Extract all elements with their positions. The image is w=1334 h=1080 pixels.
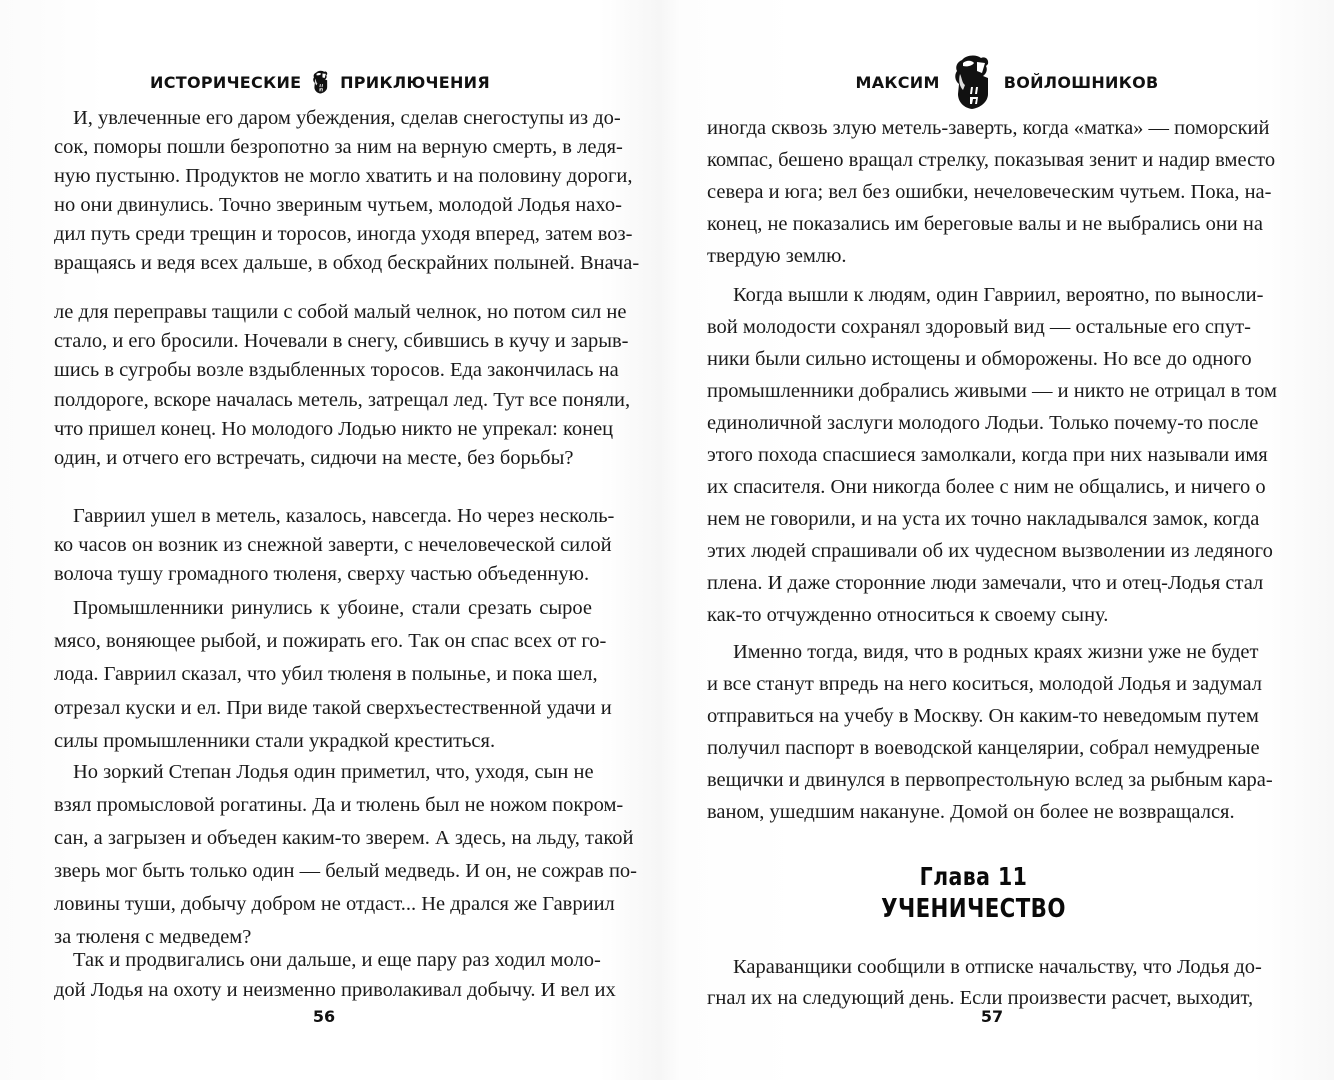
text-line: волоча тушу громадного тюленя, сверху ча…: [54, 562, 592, 586]
text-line: конец, не показались им береговые валы и…: [707, 212, 1245, 236]
text-line: ле для переправы тащили с собой малый че…: [54, 300, 592, 324]
running-head-right-word: ВОЙЛОШНИКОВ: [1004, 73, 1159, 92]
page-number: 56: [304, 1007, 344, 1026]
running-head-left-word: МАКСИМ: [855, 73, 939, 92]
text-line: Так и продвигались они дальше, и еще пар…: [73, 948, 592, 972]
running-head-left-word: ИСТОРИЧЕСКИЕ: [150, 73, 301, 92]
text-line: Караванщики сообщили в отписке начальств…: [733, 955, 1245, 979]
text-line: вещички и двинулся в первопрестольную вс…: [707, 768, 1245, 792]
text-line: сок, поморы пошли безропотно за ним на в…: [54, 135, 592, 159]
text-line: промышленники добрались живыми — и никто…: [707, 379, 1245, 403]
running-head-right-word: ПРИКЛЮЧЕНИЯ: [340, 73, 490, 92]
text-line: севера и юга; вел без ошибки, нечеловече…: [707, 180, 1245, 204]
text-line: отправиться на учебу в Москву. Он каким-…: [707, 704, 1245, 728]
text-line: но они двинулись. Точно звериным чутьем,…: [54, 193, 592, 217]
book-spread: ИСТОРИЧЕСКИЕ ПРИКЛЮЧЕНИЯ И, увлеченные е…: [0, 0, 1334, 1080]
chapter-title: УЧЕНИЧЕСТВО: [700, 894, 1247, 924]
text-line: ваном, ушедшим накануне. Домой он более …: [707, 800, 1245, 824]
publisher-logo-icon: [311, 54, 330, 110]
text-line: получил паспорт в воеводской канцелярии,…: [707, 736, 1245, 760]
text-line: Но зоркий Степан Лодья один приметил, чт…: [73, 760, 592, 784]
text-line: компас, бешено вращал стрелку, показывая…: [707, 148, 1245, 172]
text-line: ловины туши, добычу добром не отдаст... …: [54, 892, 592, 916]
running-head-series: ИСТОРИЧЕСКИЕ ПРИКЛЮЧЕНИЯ: [150, 56, 490, 108]
text-line: нем не говорили, и на уста их точно накл…: [707, 507, 1245, 531]
chapter-number: Глава 11: [700, 862, 1247, 891]
text-line: И, увлеченные его даром убеждения, сдела…: [73, 106, 592, 130]
text-line: стало, и его бросили. Ночевали в снегу, …: [54, 329, 592, 353]
text-line: плена. И даже сторонние люди замечали, ч…: [707, 571, 1245, 595]
text-line: Именно тогда, видя, что в родных краях ж…: [733, 640, 1245, 664]
text-line: сан, а загрызен и объеден каким-то звере…: [54, 826, 592, 850]
text-line: вой молодости сохранял здоровый вид — ос…: [707, 315, 1245, 339]
text-line: единоличной заслуги молодого Лодьи. Толь…: [707, 411, 1245, 435]
text-line: Гавриил ушел в метель, казалось, навсегд…: [73, 504, 592, 528]
text-line: этих людей спрашивали об их чудесном выз…: [707, 539, 1245, 563]
text-line: Промышленники ринулись к убоине, стали с…: [73, 596, 592, 620]
page-number: 57: [972, 1007, 1012, 1026]
running-head-author: МАКСИМ ВОЙЛОШНИКОВ: [852, 56, 1162, 108]
text-line: взял промысловой рогатины. Да и тюлень б…: [54, 793, 592, 817]
text-line: дой Лодья на охоту и неизменно приволаки…: [54, 978, 592, 1002]
text-line: этого похода спасшиеся замолкали, когда …: [707, 443, 1245, 467]
text-line: дил путь среди трещин и торосов, иногда …: [54, 222, 592, 246]
text-line: как-то отчужденно относиться к своему сы…: [707, 603, 1245, 627]
text-line: и все станут впредь на него коситься, мо…: [707, 672, 1245, 696]
text-line: мясо, воняющее рыбой, и пожирать его. Та…: [54, 629, 592, 653]
text-line: твердую землю.: [707, 244, 1245, 268]
text-line: полдороге, вскоре началась метель, затре…: [54, 388, 592, 412]
text-line: отрезал куски и ел. При виде такой сверх…: [54, 696, 592, 720]
text-line: шись в сугробы возле вздыбленных торосов…: [54, 358, 592, 382]
text-line: ко часов он возник из снежной заверти, с…: [54, 533, 592, 557]
left-page: ИСТОРИЧЕСКИЕ ПРИКЛЮЧЕНИЯ И, увлеченные е…: [0, 0, 667, 1080]
text-line: Когда вышли к людям, один Гавриил, вероя…: [733, 283, 1245, 307]
text-line: их спасителя. Они никогда более с ним не…: [707, 475, 1245, 499]
text-line: силы промышленники стали украдкой крести…: [54, 729, 592, 753]
text-line: зверь мог быть только один — белый медве…: [54, 859, 592, 883]
publisher-logo-icon: [950, 54, 994, 110]
text-line: вращаясь и ведя всех дальше, в обход бес…: [54, 251, 592, 275]
text-line: ную пустыню. Продуктов не могло хватить …: [54, 164, 592, 188]
text-line: за тюленя с медведем?: [54, 925, 592, 949]
text-line: один, и отчего его встречать, сидючи на …: [54, 446, 592, 470]
text-line: лода. Гавриил сказал, что убил тюленя в …: [54, 662, 592, 686]
right-page: МАКСИМ ВОЙЛОШНИКОВ иногда сквозь злую ме…: [667, 0, 1334, 1080]
text-line: ники были сильно истощены и обморожены. …: [707, 347, 1245, 371]
text-line: что пришел конец. Но молодого Лодью никт…: [54, 417, 592, 441]
text-line: иногда сквозь злую метель-заверть, когда…: [707, 116, 1245, 140]
